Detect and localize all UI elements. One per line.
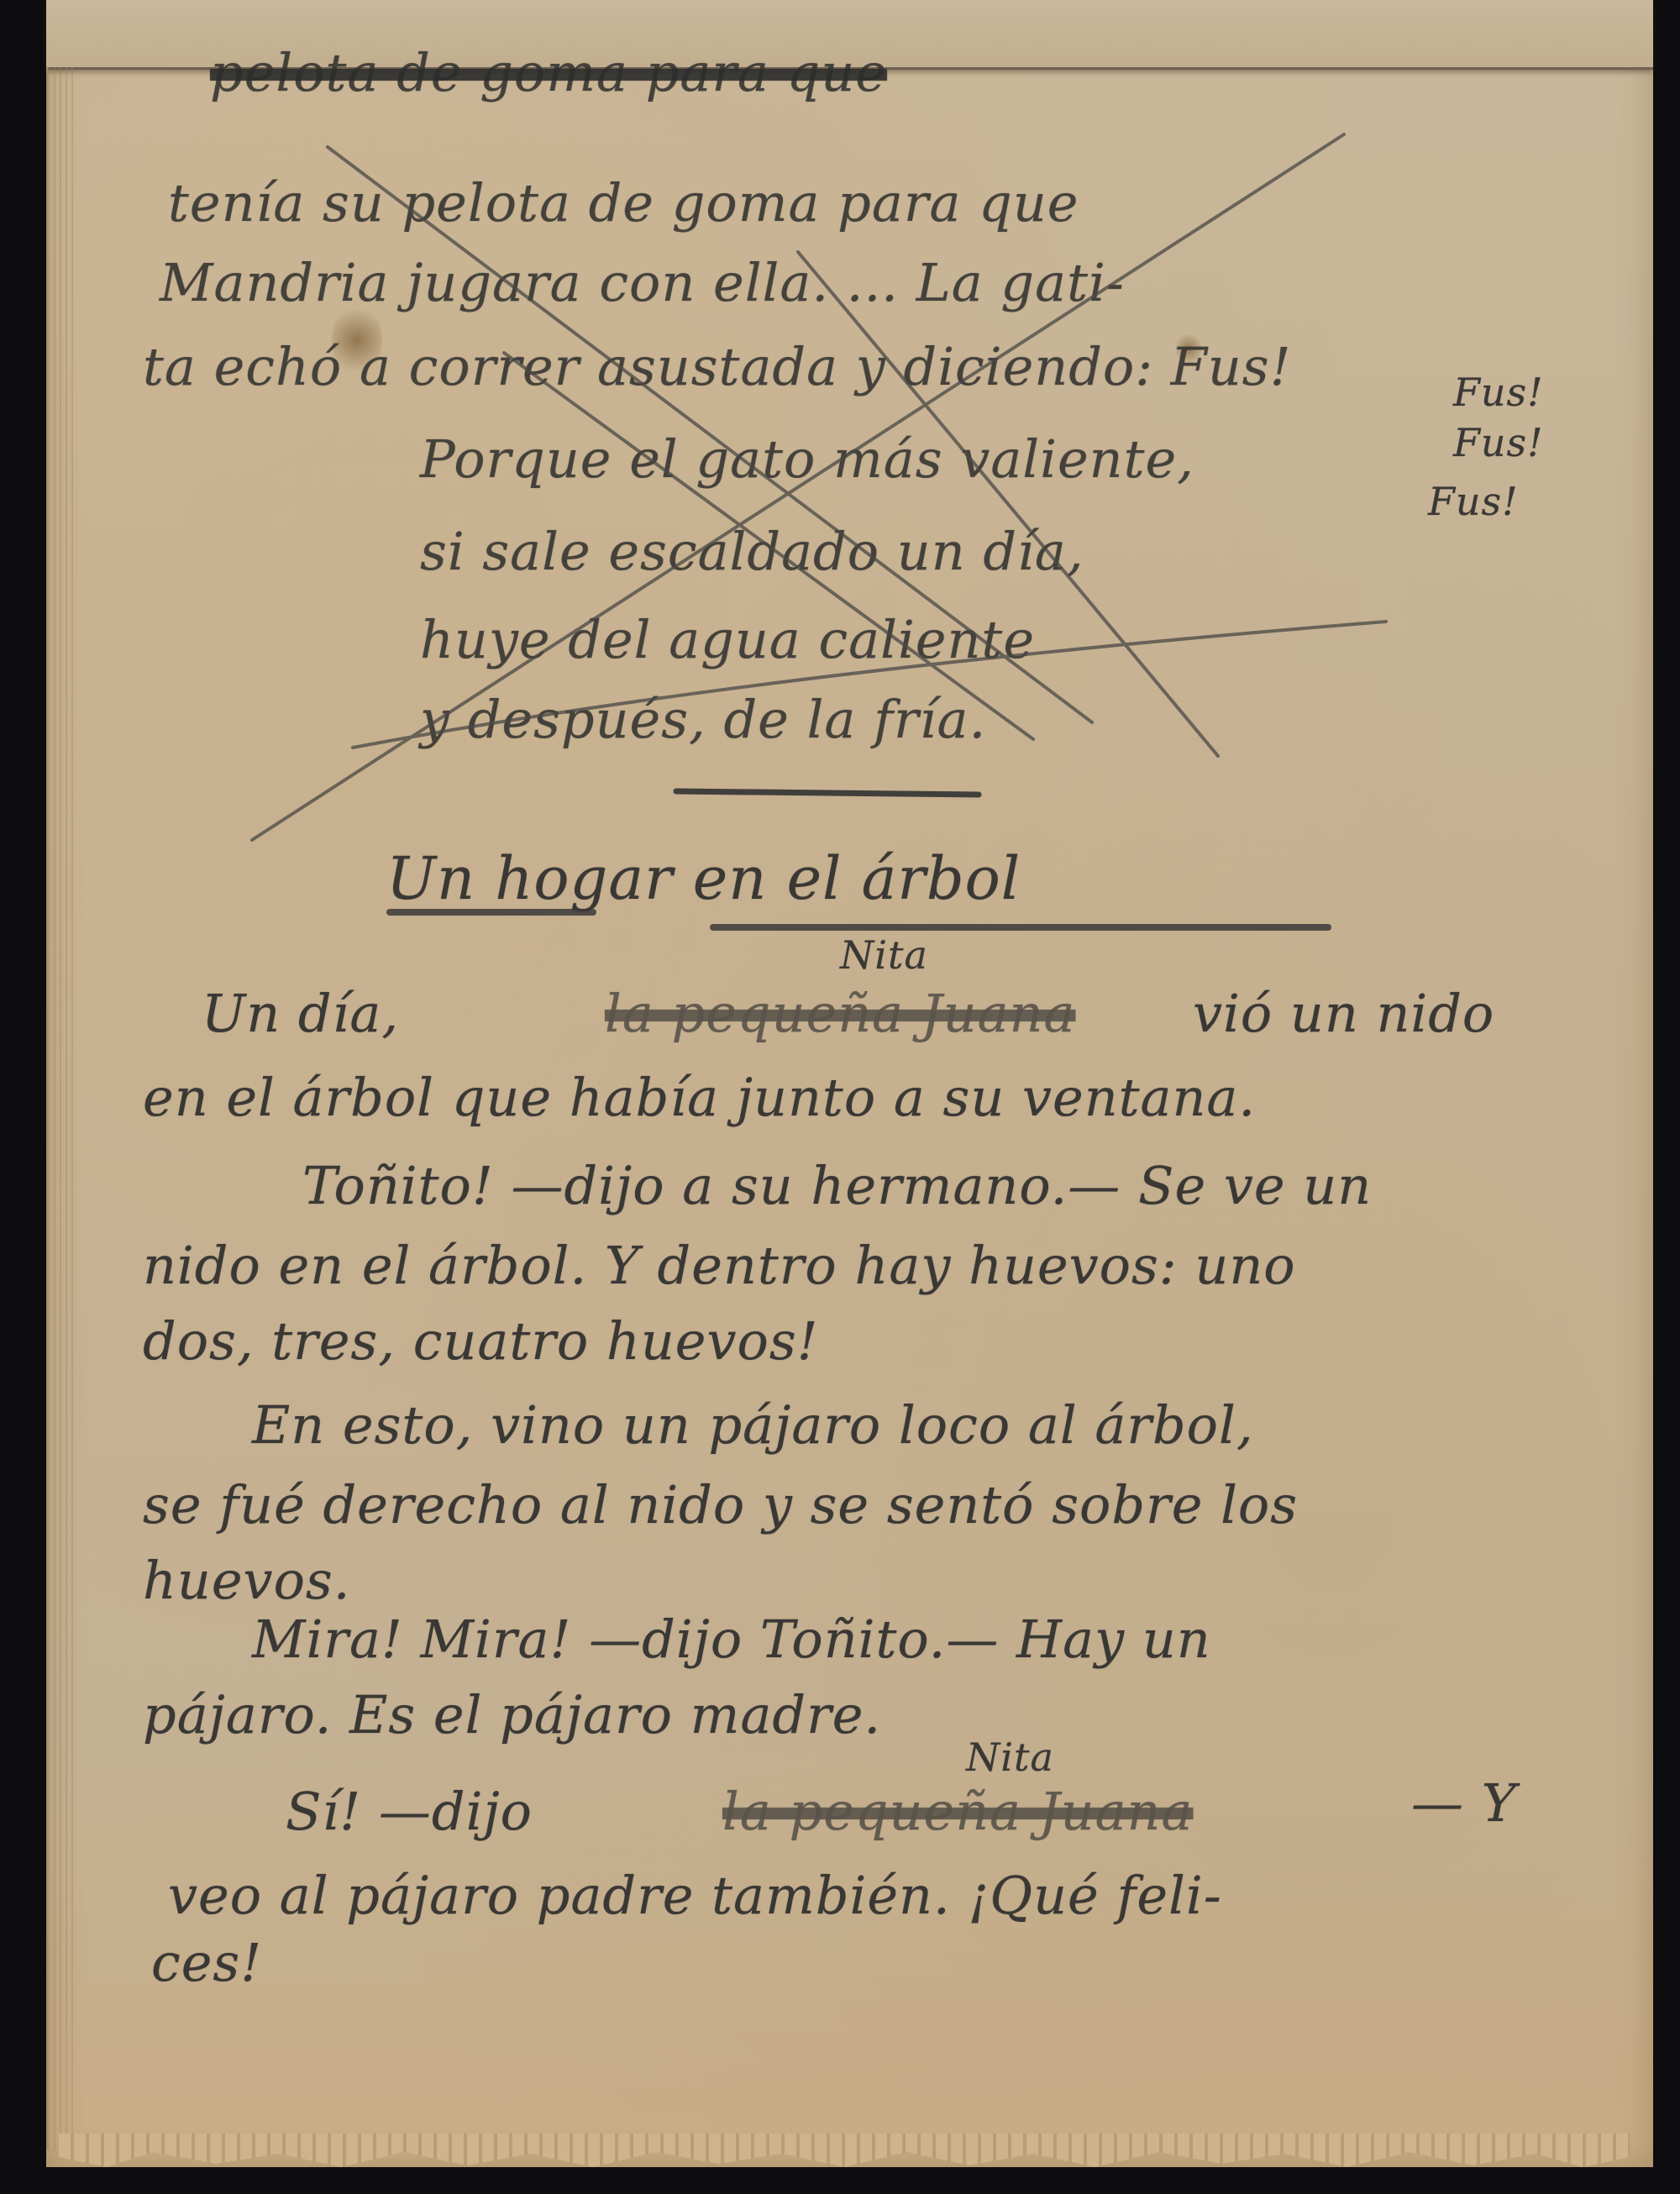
- story-line: Un día,: [202, 983, 399, 1044]
- story-title: Un hogar en el árbol: [386, 844, 1021, 913]
- story-line: en el árbol que había junto a su ventana…: [143, 1067, 1256, 1128]
- title-underline: [710, 924, 1331, 931]
- story-line: veo al pájaro padre también. ¡Qué feli-: [168, 1865, 1222, 1926]
- story-line: vió un nido: [1193, 983, 1494, 1044]
- margin-note: Fus!: [1453, 370, 1544, 415]
- inserted-name: Nita: [966, 1735, 1054, 1780]
- story-line: nido en el árbol. Y dentro hay huevos: u…: [143, 1235, 1296, 1296]
- story-line: dos, tres, cuatro huevos!: [143, 1310, 819, 1372]
- verse-line: Porque el gato más valiente,: [420, 428, 1194, 490]
- story-line: Toñito! —dijo a su hermano.— Se ve un: [302, 1155, 1372, 1216]
- margin-note: Fus!: [1428, 479, 1519, 524]
- story-line: — Y: [1411, 1772, 1517, 1834]
- verse-line: y después, de la fría.: [420, 689, 986, 750]
- verse-line: Mandria jugara con ella. ... La gati-: [160, 252, 1125, 313]
- margin-note: Fus!: [1453, 420, 1544, 465]
- story-line: se fué derecho al nido y se sentó sobre …: [143, 1474, 1298, 1535]
- verse-line: huye del agua caliente: [420, 609, 1035, 670]
- struck-name: la pequeña Juana: [722, 1781, 1193, 1842]
- title-underline: [386, 909, 596, 916]
- story-line: Sí! —dijo: [286, 1781, 533, 1842]
- struck-heading: pelota de goma para que: [210, 42, 887, 103]
- verse-line: ta echó a correr asustada y diciendo: Fu…: [143, 336, 1292, 397]
- struck-name: la pequeña Juana: [605, 983, 1075, 1044]
- story-line: Mira! Mira! —dijo Toñito.— Hay un: [252, 1609, 1211, 1670]
- story-line: En esto, vino un pájaro loco al árbol,: [252, 1394, 1254, 1456]
- story-line: ces!: [151, 1932, 262, 1993]
- story-line: pájaro. Es el pájaro madre.: [143, 1684, 881, 1745]
- inserted-name: Nita: [840, 932, 928, 978]
- page-stack-edge: [46, 67, 73, 2150]
- story-line: huevos.: [143, 1550, 350, 1611]
- verse-line: tenía su pelota de goma para que: [168, 172, 1079, 234]
- verse-line: si sale escaldado un día,: [420, 521, 1084, 582]
